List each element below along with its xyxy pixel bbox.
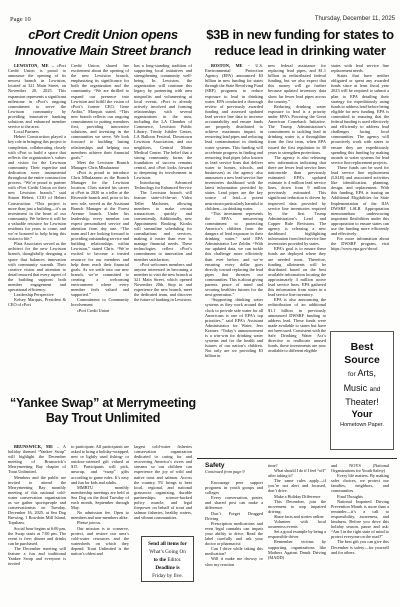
paragraph: BRUNSWICK, ME – A holiday themed “Yankee… bbox=[8, 444, 66, 475]
editor-box-line: What’s Going On bbox=[142, 548, 193, 556]
paragraph: Don’t Forget Drugged Driving bbox=[205, 511, 263, 521]
paragraph: Every life matters. By making safer choi… bbox=[331, 473, 389, 493]
trout-article-column-1: BRUNSWICK, ME – A holiday themed “Yankee… bbox=[8, 444, 66, 566]
paragraph: EPA’s goal is to ensure these funds are … bbox=[268, 246, 326, 297]
paragraph: The best gift you can give this December… bbox=[331, 539, 389, 554]
editor-box-line: to the Editor. bbox=[142, 556, 193, 564]
safety-continued-note: Continued from page 9 bbox=[205, 469, 263, 474]
paragraph: These funds can be used for lead service… bbox=[331, 165, 389, 236]
paragraph: Hebert Construction played a key role in… bbox=[8, 134, 66, 241]
promo-line-music: Music and bbox=[331, 382, 393, 397]
headline-line: reduce lead in drinking water bbox=[200, 43, 400, 59]
paragraph: MMBTU monthly membership meetings are he… bbox=[71, 485, 129, 510]
section-divider-rule bbox=[197, 458, 397, 459]
editor-box-bold-fragment: to the bbox=[154, 557, 167, 563]
paragraph: Reducing drinking water exposure to lead… bbox=[268, 104, 326, 155]
promo-tagline: Hometown Paper. bbox=[331, 421, 393, 430]
editor-box-line: Friday by five. bbox=[142, 572, 193, 580]
paragraph: This December, join the movement to stop… bbox=[268, 499, 326, 514]
paragraph: Make a Holiday Difference bbox=[268, 494, 326, 499]
headline-line: $3B in new funding for states to bbox=[200, 27, 400, 43]
paragraph: “This investment represents the EPA’s un… bbox=[205, 211, 263, 298]
paragraph: “Supporting drinking water systems as th… bbox=[205, 297, 263, 358]
paragraph: EPA is also announcing the redistributio… bbox=[268, 297, 326, 353]
headline-line: Innovative Main Street branch bbox=[0, 43, 206, 59]
promo-ad-box: Best Source for Arts, Music and Theater!… bbox=[330, 331, 394, 450]
paragraph: No admission fee. Open to members and no… bbox=[71, 510, 129, 520]
paragraph: Introducing Advanced Technology for Enha… bbox=[134, 180, 192, 190]
paragraph: Volunteer with local awareness events bbox=[268, 519, 326, 529]
paragraph: Meet the Lewiston Branch Manager: Chris … bbox=[71, 160, 129, 170]
editor-submission-box: Send all items for What’s Going On to th… bbox=[141, 536, 194, 582]
promo-line-your: Your bbox=[331, 409, 393, 422]
paragraph: cPort Credit Union bbox=[71, 308, 129, 313]
editor-box-fragment: Editor. bbox=[166, 557, 181, 563]
editor-box-line: Send all items for bbox=[142, 540, 193, 548]
page-date: Thursday, December 11, 2025 bbox=[315, 16, 395, 22]
trout-article-column-2: to participate. All participants are ask… bbox=[71, 444, 129, 556]
safety-article-column-3: and NOYS (National Organizations for You… bbox=[331, 463, 389, 555]
promo-word-music: Music bbox=[344, 383, 370, 393]
paragraph: Set a good example by being a responsibl… bbox=[268, 529, 326, 539]
paragraph: The agency is also releasing new informa… bbox=[268, 155, 326, 247]
paragraph: new federal assistance for replacing lea… bbox=[268, 63, 326, 104]
promo-line-arts: for Arts, bbox=[331, 367, 393, 382]
paragraph: The Lewiston branch will feature state-o… bbox=[134, 190, 192, 261]
paragraph: cPort welcomes members and anyone intere… bbox=[134, 262, 192, 303]
page-number: Page 10 bbox=[10, 16, 31, 23]
paragraph: Credit Union, shared her excitement abou… bbox=[71, 63, 129, 160]
promo-line-best: Best bbox=[331, 341, 393, 354]
cport-article-column-3: has a long-standing tradition of support… bbox=[134, 63, 192, 302]
cport-article-column-2: Credit Union, shared her excitement abou… bbox=[71, 63, 129, 313]
paragraph: Our mission is to conserve, protect, and… bbox=[71, 526, 129, 557]
paragraph: Members and the public are invited to at… bbox=[8, 475, 66, 526]
cport-article-headline: cPort Credit Union opens Innovative Main… bbox=[0, 27, 206, 58]
paragraph: Prescription medications and even legal … bbox=[205, 521, 263, 546]
headline-line: “Yankee Swap” at Merrymeeting bbox=[0, 396, 206, 411]
promo-word-and: and bbox=[370, 386, 381, 393]
promo-line-theater: Theater! bbox=[331, 396, 393, 409]
paragraph: Encourage peer support programs in youth… bbox=[205, 480, 263, 495]
paragraph: states with lead service line replacemen… bbox=[331, 63, 389, 73]
epa-article-column-2: new federal assistance for replacing lea… bbox=[268, 63, 326, 353]
paragraph: States that have neither obligated or sp… bbox=[331, 73, 389, 165]
paragraph: Platz Associates served as the architect… bbox=[8, 241, 66, 292]
editor-box-line: Deadline is bbox=[142, 564, 193, 572]
epa-article-headline: $3B in new funding for states to reduce … bbox=[200, 27, 400, 58]
paragraph: The same rules apply—if you’re not alert… bbox=[268, 478, 326, 493]
epa-article-column-3: states with lead service line replacemen… bbox=[331, 63, 389, 329]
paragraph: What should I do if I feel “off” after t… bbox=[268, 468, 326, 478]
trout-article-column-3: largest cold-water fisheries conservatio… bbox=[134, 444, 192, 520]
paragraph: Social hour begins at 6:00 pm, the Swap … bbox=[8, 526, 66, 546]
paragraph: BOSTON, ME - U.S. Environmental Protecti… bbox=[205, 63, 263, 211]
paragraph: Remember victims by supporting organizat… bbox=[268, 539, 326, 559]
safety-title: Safety bbox=[205, 462, 263, 469]
paragraph: largest cold-water fisheries conservatio… bbox=[134, 444, 192, 520]
cport-article-column-1: LEWISTON, ME – cPort Credit Union is pro… bbox=[8, 63, 66, 308]
paragraph: LEWISTON, ME – cPort Credit Union is pro… bbox=[8, 63, 66, 129]
headline-line: cPort Credit Union opens bbox=[0, 27, 206, 43]
paragraph: and NOYS (National Organizations for You… bbox=[331, 463, 389, 473]
safety-article-header: Safety Continued from page 9 bbox=[205, 462, 263, 474]
paragraph: has a long-standing tradition of support… bbox=[134, 63, 192, 180]
paragraph: Can I drive while taking this medication… bbox=[205, 546, 263, 556]
paragraph: Every conversation, poster, and shared p… bbox=[205, 495, 263, 510]
promo-word-arts: Arts, bbox=[357, 368, 376, 378]
paragraph: For more information about the DWSRF pro… bbox=[331, 236, 389, 251]
epa-article-column-1: BOSTON, ME - U.S. Environmental Protecti… bbox=[205, 63, 263, 358]
headline-line: Bay Trout Unlimited bbox=[0, 411, 206, 426]
paragraph: Will it make me drowsy or slow my reacti… bbox=[205, 556, 263, 566]
safety-article-column-2: time?What should I do if I feel “off” af… bbox=[268, 463, 326, 560]
promo-line-source: Source bbox=[331, 354, 393, 367]
newspaper-page: Page 10 Thursday, December 11, 2025 cPor… bbox=[0, 0, 400, 607]
safety-article-column-1: Encourage peer support programs in youth… bbox=[205, 480, 263, 567]
paragraph: Kelsey Marquis, President & CEO of cPort bbox=[8, 297, 66, 307]
paragraph: cPort is proud to introduce Chris Mbulaz… bbox=[71, 170, 129, 297]
paragraph: Commitment to Community Involvement bbox=[71, 297, 129, 307]
paragraph: The December meeting will feature a fun … bbox=[8, 546, 66, 566]
paragraph: to participate. All participants are ask… bbox=[71, 444, 129, 485]
paragraph: National Impaired Driving Prevention Mon… bbox=[331, 499, 389, 540]
trout-article-headline: “Yankee Swap” at Merrymeeting Bay Trout … bbox=[0, 396, 206, 426]
